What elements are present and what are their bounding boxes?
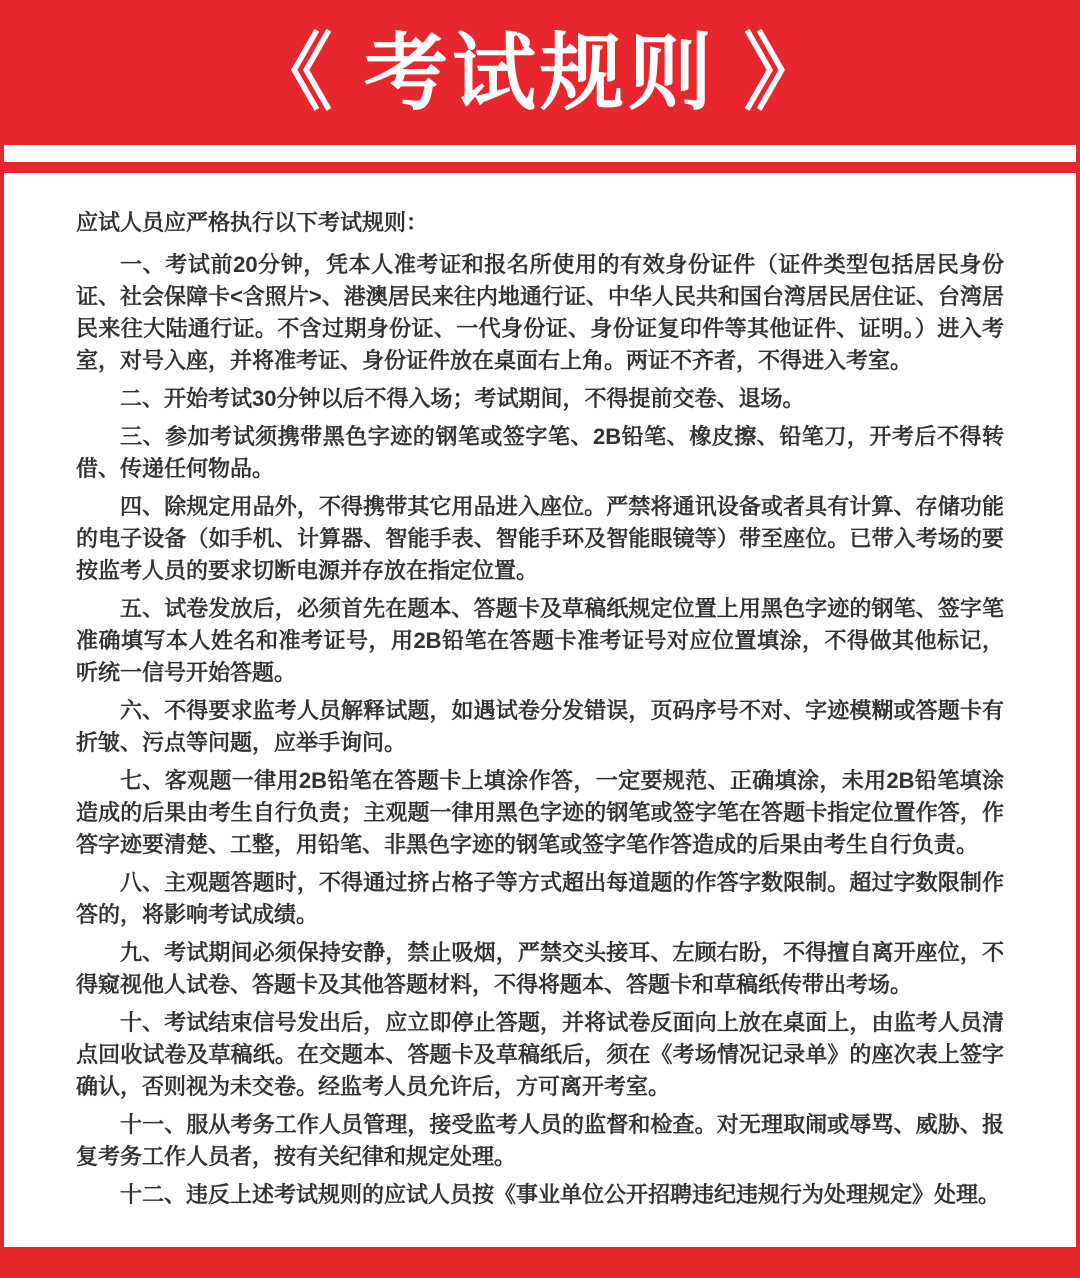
rule-11: 十一、服从考务工作人员管理，接受监考人员的监督和检查。对无理取闹或辱骂、威胁、报… [76, 1109, 1004, 1173]
rule-6: 六、不得要求监考人员解释试题，如遇试卷分发错误，页码序号不对、字迹模糊或答题卡有… [76, 695, 1004, 759]
divider-red-stripe [4, 162, 1076, 173]
rule-9: 九、考试期间必须保持安静，禁止吸烟，严禁交头接耳、左顾右盼，不得擅自离开座位，不… [76, 937, 1004, 1001]
poster-header: 《 考试规则 》 [4, 0, 1076, 145]
rule-10: 十、考试结束信号发出后，应立即停止答题，并将试卷反面向上放在桌面上，由监考人员清… [76, 1007, 1004, 1103]
rules-intro: 应试人员应严格执行以下考试规则： [76, 207, 1004, 239]
rule-12: 十二、违反上述考试规则的应试人员按《事业单位公开招聘违纪违规行为处理规定》处理。 [76, 1179, 1004, 1211]
rule-2: 二、开始考试30分钟以后不得入场；考试期间，不得提前交卷、退场。 [76, 383, 1004, 415]
rule-1: 一、考试前20分钟，凭本人准考证和报名所使用的有效身份证件（证件类型包括居民身份… [76, 249, 1004, 377]
rule-7: 七、客观题一律用2B铅笔在答题卡上填涂作答，一定要规范、正确填涂，未用2B铅笔填… [76, 765, 1004, 861]
rule-5: 五、试卷发放后，必须首先在题本、答题卡及草稿纸规定位置上用黑色字迹的钢笔、签字笔… [76, 593, 1004, 689]
rule-4: 四、除规定用品外，不得携带其它用品进入座位。严禁将通讯设备或者具有计算、存储功能… [76, 491, 1004, 587]
exam-rules-poster: 《 考试规则 》 应试人员应严格执行以下考试规则： 一、考试前20分钟，凭本人准… [0, 0, 1080, 1278]
rule-8: 八、主观题答题时，不得通过挤占格子等方式超出每道题的作答字数限制。超过字数限制作… [76, 867, 1004, 931]
poster-title: 《 考试规则 》 [249, 31, 832, 115]
divider-white-stripe [4, 145, 1076, 162]
rule-3: 三、参加考试须携带黑色字迹的钢笔或签字笔、2B铅笔、橡皮擦、铅笔刀，开考后不得转… [76, 421, 1004, 485]
footer-red-bar [4, 1247, 1076, 1278]
rules-body: 应试人员应严格执行以下考试规则： 一、考试前20分钟，凭本人准考证和报名所使用的… [4, 173, 1076, 1247]
